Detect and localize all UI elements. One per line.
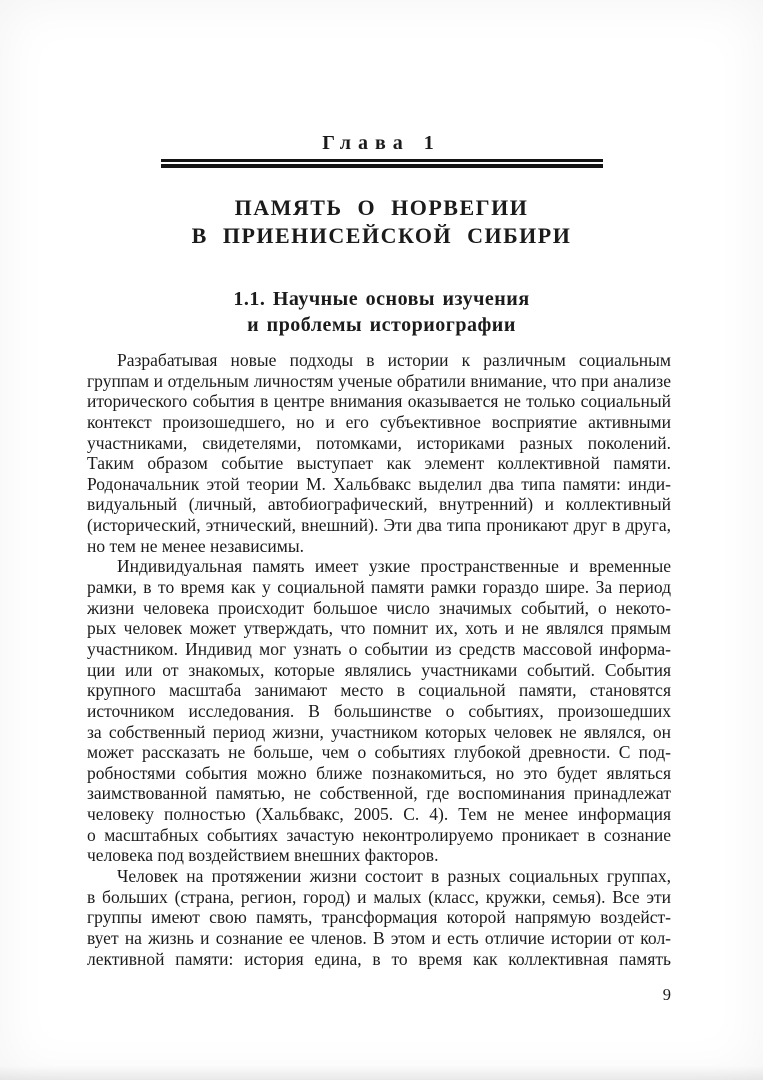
text-line: участниками, свидетелями, потомками, ист…: [87, 433, 671, 454]
text-line: жизни человека происходит большое число …: [87, 598, 671, 619]
text-line: лективной памяти: история едина, в то вр…: [87, 949, 671, 970]
paragraph: Индивидуальная память имеет узкие простр…: [87, 556, 671, 866]
text-line: участником. Индивид мог узнать о событии…: [87, 639, 671, 660]
section-heading: 1.1. Научные основы изучения и проблемы …: [0, 286, 763, 338]
text-line: человеку полностью (Хальбвакс, 2005. С. …: [87, 804, 671, 825]
text-line: ции или от знакомых, которые являлись уч…: [87, 660, 671, 681]
text-line: вует на жизнь и сознание ее членов. В эт…: [87, 928, 671, 949]
chapter-label: Глава 1: [0, 131, 763, 155]
chapter-title-line-1: ПАМЯТЬ О НОРВЕГИИ: [0, 194, 763, 222]
double-rule-divider: [161, 159, 603, 168]
scan-edge-shadow: [0, 1066, 763, 1080]
text-line: источником исследования. В большинстве о…: [87, 701, 671, 722]
text-line: контекст произошедшего, но и его субъект…: [87, 412, 671, 433]
book-page: Глава 1 ПАМЯТЬ О НОРВЕГИИ В ПРИЕНИСЕЙСКО…: [0, 0, 763, 1080]
page-number: 9: [663, 985, 671, 1005]
text-line: Человек на протяжении жизни состоит в ра…: [87, 866, 671, 887]
text-line: заимствованной памятью, не собственной, …: [87, 783, 671, 804]
text-line: видуальный (личный, автобиографический, …: [87, 494, 671, 515]
text-line: робностями события можно ближе познакоми…: [87, 763, 671, 784]
paragraph: Человек на протяжении жизни состоит в ра…: [87, 866, 671, 969]
text-line: но тем не менее независимы.: [87, 536, 671, 557]
text-line: Разрабатывая новые подходы в истории к р…: [87, 350, 671, 371]
text-line: иторического события в центре внимания о…: [87, 391, 671, 412]
text-line: Индивидуальная память имеет узкие простр…: [87, 556, 671, 577]
text-line: рамки, в то время как у социальной памят…: [87, 577, 671, 598]
text-line: может рассказать не больше, чем о событи…: [87, 742, 671, 763]
text-line: о масштабных событиях зачастую неконтрол…: [87, 825, 671, 846]
chapter-title-line-2: В ПРИЕНИСЕЙСКОЙ СИБИРИ: [0, 222, 763, 250]
text-line: Таким образом событие выступает как элем…: [87, 453, 671, 474]
text-line: Родоначальник этой теории М. Хальбвакс в…: [87, 474, 671, 495]
text-line: группы имеют свою память, трансформация …: [87, 907, 671, 928]
text-line: за собственный период жизни, участником …: [87, 722, 671, 743]
body-paragraphs: Разрабатывая новые подходы в истории к р…: [87, 350, 671, 969]
text-line: крупного масштаба занимают место в социа…: [87, 680, 671, 701]
text-line: рых человек может утверждать, что помнит…: [87, 618, 671, 639]
section-heading-line-1: 1.1. Научные основы изучения: [0, 286, 763, 312]
text-line: в больших (страна, регион, город) и малы…: [87, 887, 671, 908]
paragraph: Разрабатывая новые подходы в истории к р…: [87, 350, 671, 556]
text-line: (исторический, этнический, внешний). Эти…: [87, 515, 671, 536]
chapter-title: ПАМЯТЬ О НОРВЕГИИ В ПРИЕНИСЕЙСКОЙ СИБИРИ: [0, 194, 763, 250]
text-line: человека под воздействием внешних фактор…: [87, 845, 671, 866]
text-line: группам и отдельным личностям ученые обр…: [87, 371, 671, 392]
section-heading-line-2: и проблемы историографии: [0, 312, 763, 338]
